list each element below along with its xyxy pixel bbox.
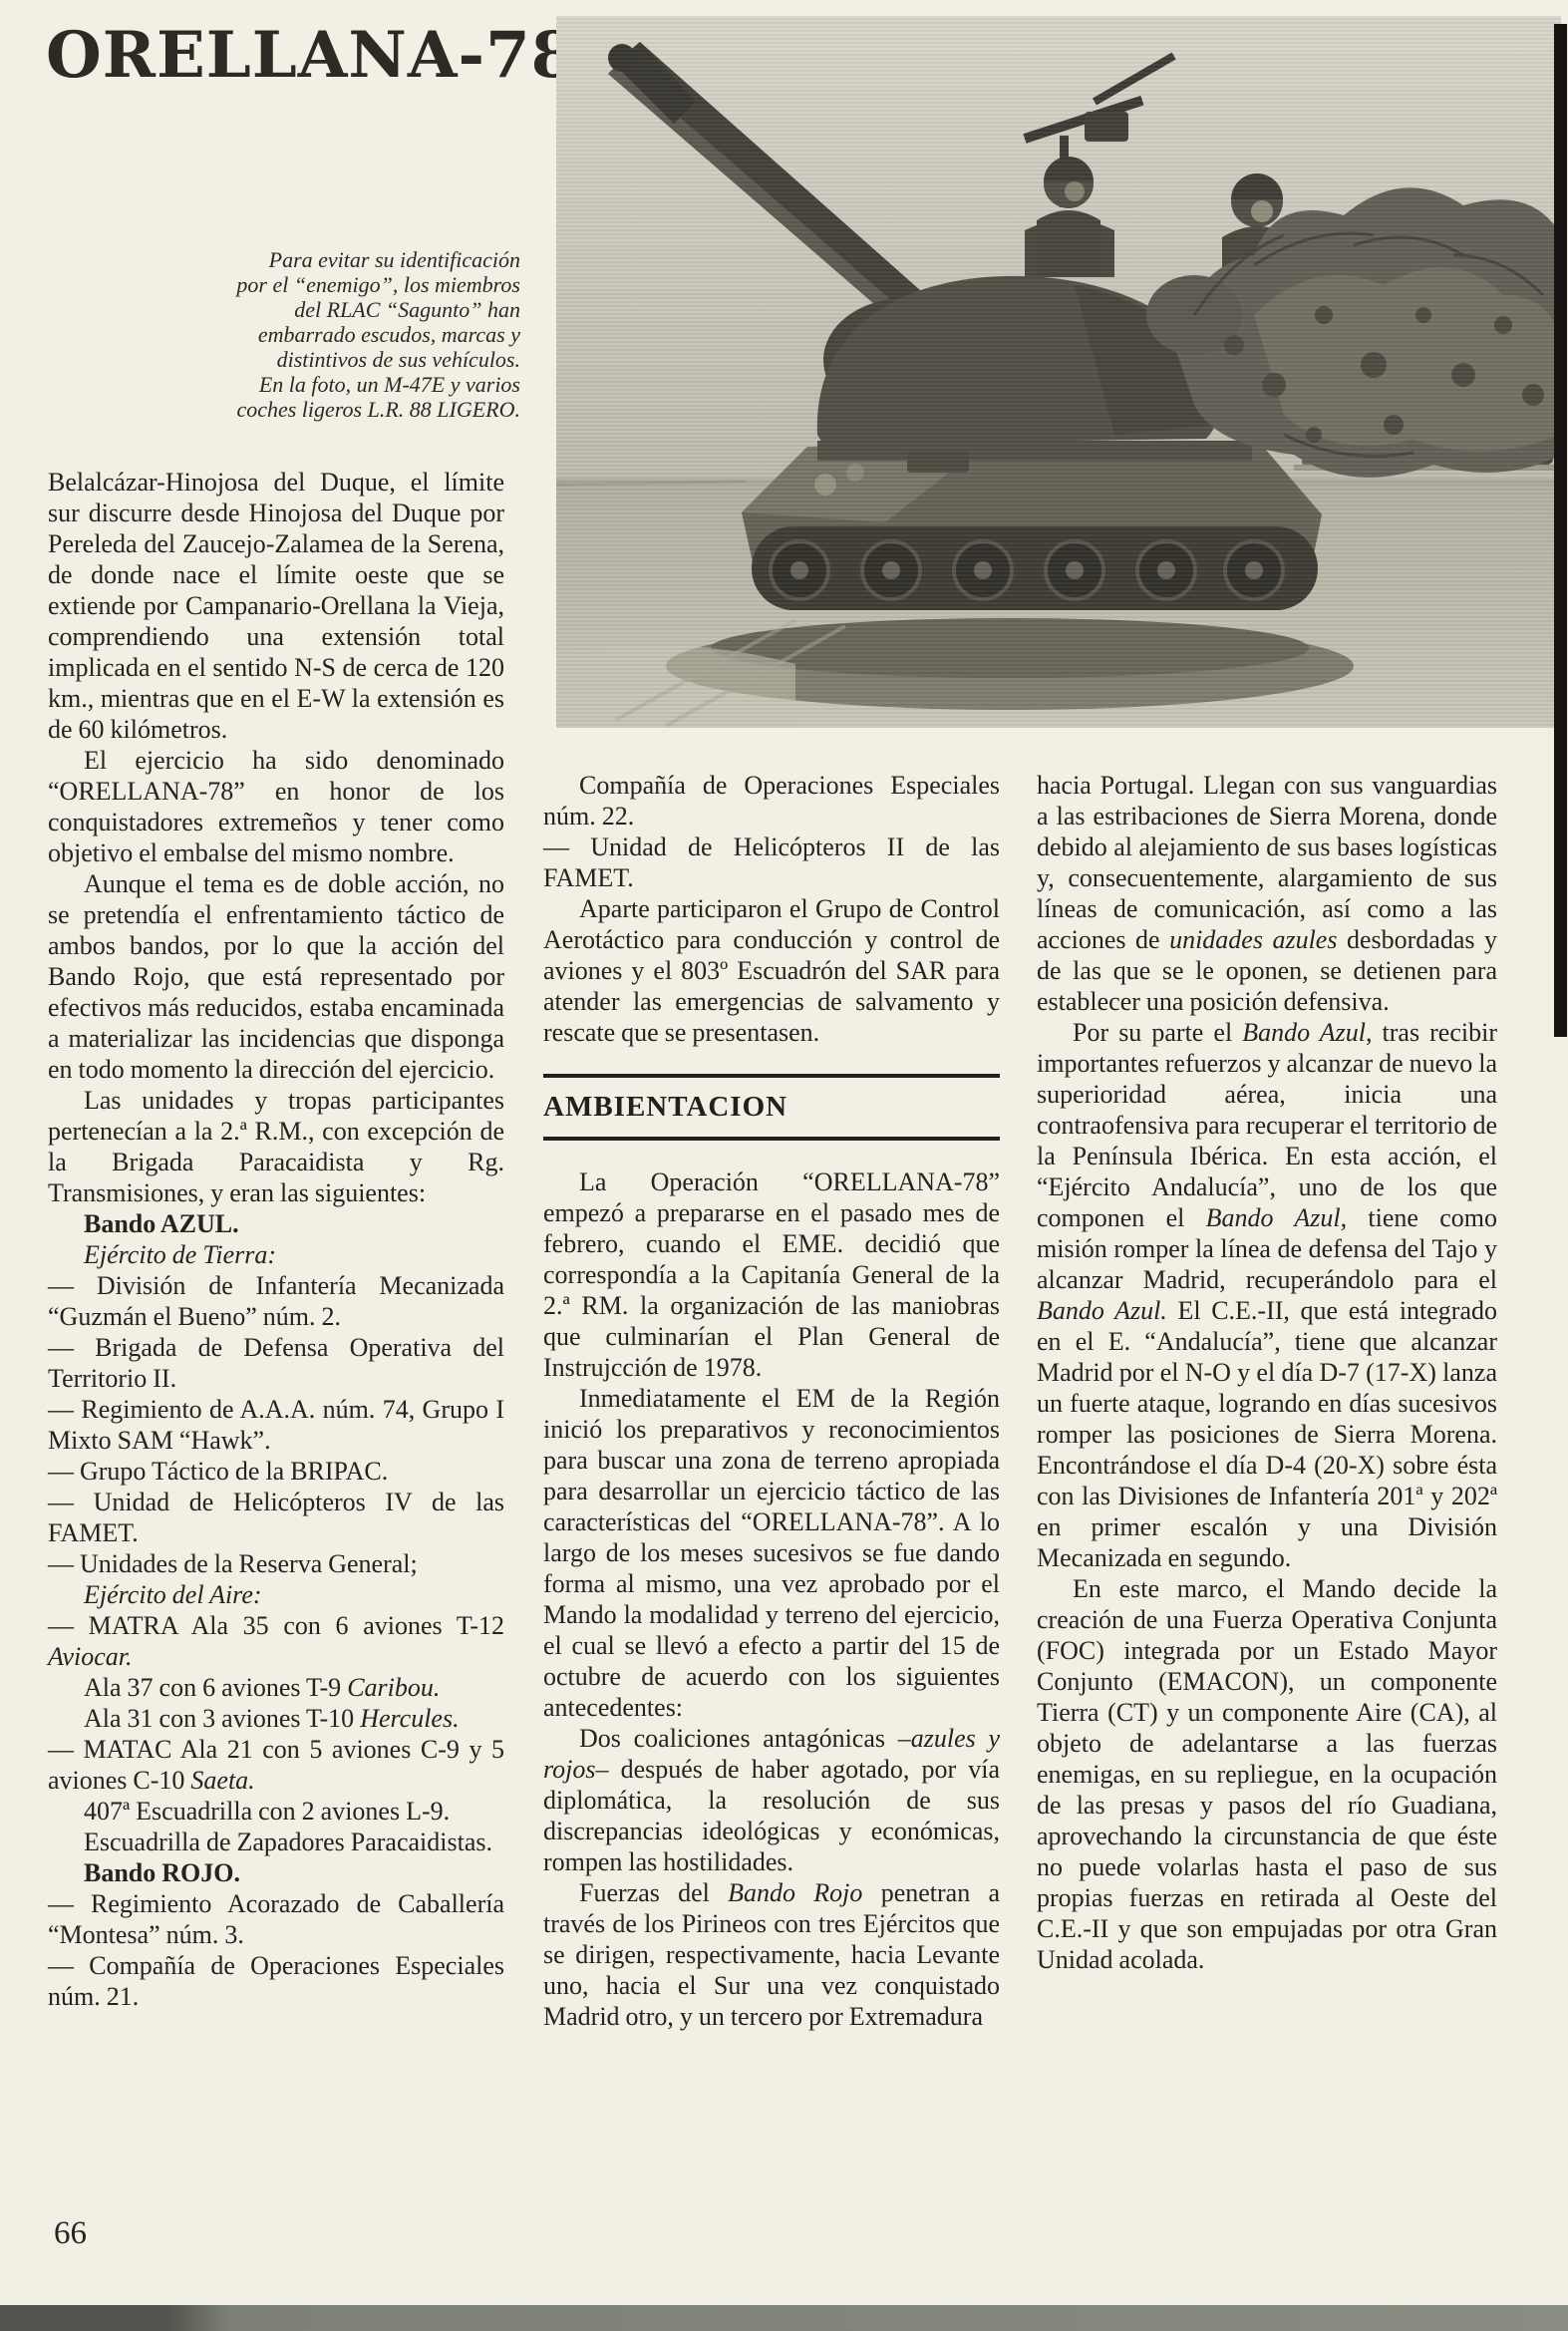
tank-commander <box>1037 157 1100 277</box>
list-item: Escuadrilla de Zapadores Paracaidistas. <box>48 1827 504 1857</box>
magazine-page: ORELLANA-78 <box>0 0 1568 2331</box>
body-paragraph: Dos coaliciones antagónicas –azules y ro… <box>543 1723 1000 1877</box>
list-item: — Unidad de Helicópteros IV de las FAMET… <box>48 1487 504 1548</box>
text-column-1: Belalcázar-Hinojosa del Duque, el límite… <box>48 467 504 2012</box>
list-item-text: Ala 37 con 6 aviones T-9 <box>84 1673 347 1702</box>
list-item: Compañía de Operaciones Especiales núm. … <box>543 770 1000 832</box>
body-paragraph: Por su parte el Bando Azul, tras recibir… <box>1037 1017 1497 1573</box>
page-number: 66 <box>54 2215 87 2252</box>
section-ambientacion: AMBIENTACION <box>543 1074 1000 1141</box>
paragraph-text: Por su parte el <box>1073 1018 1242 1047</box>
caption-line: Para evitar su identificación <box>128 247 520 272</box>
emphasized-text: Bando Azul, <box>1242 1018 1372 1047</box>
tank-shadow-dark <box>711 618 1309 678</box>
paragraph-text: – después de haber agotado, por vía dipl… <box>543 1755 1000 1876</box>
list-item: — Unidades de la Reserva General; <box>48 1548 504 1579</box>
list-item: 407ª Escuadrilla con 2 aviones L-9. <box>48 1796 504 1827</box>
tank-photo <box>556 16 1561 728</box>
section-rule-bottom <box>543 1137 1000 1141</box>
paragraph-text: Fuerzas del <box>579 1878 728 1907</box>
emphasized-text: Bando Azul, <box>1206 1203 1347 1232</box>
list-item: — Grupo Táctico de la BRIPAC. <box>48 1456 504 1487</box>
list-item: Ala 31 con 3 aviones T-10 Hercules. <box>48 1703 504 1734</box>
paragraph-text: El C.E.-II, que está integrado en el E. … <box>1037 1296 1497 1572</box>
body-paragraph: El ejercicio ha sido denominado “ORELLAN… <box>48 745 504 868</box>
body-paragraph: Belalcázar-Hinojosa del Duque, el límite… <box>48 467 504 745</box>
article-title: ORELLANA-78 <box>46 18 576 93</box>
section-heading: AMBIENTACION <box>543 1078 1000 1137</box>
body-paragraph: Aparte participaron el Grupo de Control … <box>543 893 1000 1048</box>
body-paragraph: hacia Portugal. Llegan con sus vanguardi… <box>1037 770 1497 1017</box>
caption-line: En la foto, un M-47E y varios <box>128 372 520 397</box>
caption-line: distintivos de sus vehículos. <box>128 347 520 372</box>
text-column-2: Compañía de Operaciones Especiales núm. … <box>543 770 1000 2032</box>
list-item-text: — MATAC Ala 21 con 5 aviones C-9 y 5 avi… <box>48 1735 504 1795</box>
emphasized-text: Bando Azul. <box>1037 1296 1167 1325</box>
emphasized-text: unidades azules <box>1169 925 1337 954</box>
body-paragraph: Las unidades y tropas participantes pert… <box>48 1085 504 1208</box>
body-paragraph: La Operación “ORELLANA-78” empezó a prep… <box>543 1166 1000 1383</box>
list-item-text: — MATRA Ala 35 con 6 aviones T-12 <box>48 1611 504 1640</box>
emphasized-text: Bando Rojo <box>728 1878 862 1907</box>
list-item: — MATAC Ala 21 con 5 aviones C-9 y 5 avi… <box>48 1734 504 1796</box>
caption-line: coches ligeros L.R. 88 LIGERO. <box>128 397 520 422</box>
tank-photo-illustration <box>556 16 1561 728</box>
list-item: — Brigada de Defensa Operativa del Terri… <box>48 1332 504 1394</box>
list-item: — Unidad de Helicópteros II de las FAMET… <box>543 832 1000 893</box>
aircraft-name: Aviocar. <box>48 1642 133 1671</box>
list-item: — Regimiento de A.A.A. núm. 74, Grupo I … <box>48 1394 504 1456</box>
list-item: — Regimiento Acorazado de Caballería “Mo… <box>48 1888 504 1950</box>
body-paragraph: En este marco, el Mando decide la creaci… <box>1037 1573 1497 1975</box>
aircraft-name: Hercules. <box>360 1704 459 1733</box>
aircraft-name: Caribou. <box>347 1673 440 1702</box>
page-edge-bar <box>1554 24 1567 1037</box>
list-item-text: Ala 31 con 3 aviones T-10 <box>84 1704 360 1733</box>
list-item: — Compañía de Operaciones Especiales núm… <box>48 1950 504 2012</box>
subheading-bando-azul: Bando AZUL. <box>48 1208 504 1239</box>
aircraft-name: Saeta. <box>190 1766 254 1795</box>
subheading-bando-rojo: Bando ROJO. <box>48 1857 504 1888</box>
tracks <box>752 526 1318 610</box>
subheading-ejercito-tierra: Ejército de Tierra: <box>48 1239 504 1270</box>
list-item: — MATRA Ala 35 con 6 aviones T-12 Avioca… <box>48 1610 504 1672</box>
caption-line: embarrado escudos, marcas y <box>128 322 520 347</box>
text-column-3: hacia Portugal. Llegan con sus vanguardi… <box>1037 770 1497 1975</box>
paragraph-text: tras recibir importantes refuerzos y alc… <box>1037 1018 1497 1232</box>
list-item: Ala 37 con 6 aviones T-9 Caribou. <box>48 1672 504 1703</box>
subheading-ejercito-aire: Ejército del Aire: <box>48 1579 504 1610</box>
scan-edge-strip <box>0 2305 1568 2331</box>
paragraph-text: Dos coaliciones antagónicas – <box>579 1724 911 1753</box>
list-item: — División de Infantería Mecanizada “Guz… <box>48 1270 504 1332</box>
caption-line: por el “enemigo”, los miembros <box>128 272 520 297</box>
body-paragraph: Aunque el tema es de doble acción, no se… <box>48 868 504 1085</box>
caption-line: del RLAC “Sagunto” han <box>128 297 520 322</box>
photo-caption: Para evitar su identificación por el “en… <box>128 247 520 422</box>
body-paragraph: Fuerzas del Bando Rojo penetran a través… <box>543 1877 1000 2032</box>
body-paragraph: Inmediatamente el EM de la Región inició… <box>543 1383 1000 1723</box>
